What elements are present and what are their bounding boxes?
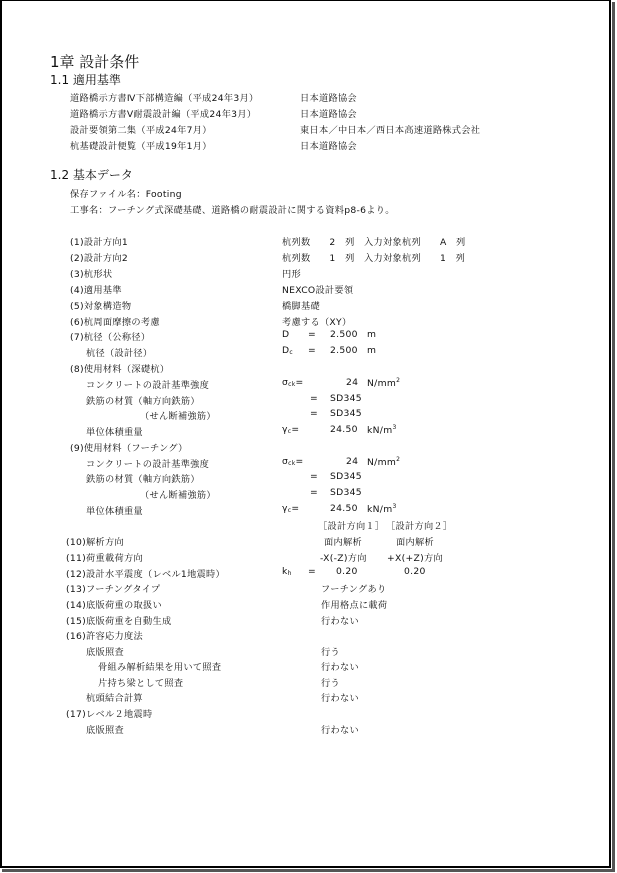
value: SD345	[330, 487, 362, 498]
value: SD345	[330, 393, 362, 404]
item-value: 杭列数 2 列 入力対象杭列 A 列	[282, 234, 466, 248]
equals: =	[310, 408, 318, 419]
value: 2.500	[330, 345, 358, 356]
item-label: 底版照査	[86, 722, 124, 736]
unit: m	[367, 345, 376, 356]
item-label: 単位体積重量	[86, 424, 143, 438]
item-label: (17)レベル２地震時	[66, 706, 152, 720]
item-label: (7)杭径（公称径）	[70, 329, 150, 343]
project-name: 工事名：フーチング式深礎基礎、道路橋の耐震設計に関する資料p8-6より。	[70, 202, 395, 216]
item-label: (3)杭形状	[70, 266, 112, 280]
item-label: 杭頭結合計算	[86, 690, 143, 704]
equals: =	[310, 471, 318, 482]
item-value: 行う	[321, 644, 340, 658]
direction-2-header: ［設計方向２］	[386, 518, 452, 532]
standard-label: 道路橋示方書Ⅴ耐震設計編（平成24年3月）	[70, 106, 256, 120]
value: 24.50	[330, 424, 358, 435]
symbol: D	[282, 329, 289, 340]
section-title-1-2: 1.2 基本データ	[50, 166, 133, 183]
symbol: kh	[282, 566, 292, 577]
equals: =	[310, 393, 318, 404]
symbol: σck=	[282, 377, 304, 388]
equals: =	[308, 345, 316, 356]
item-label: (2)設計方向2	[70, 250, 128, 264]
item-label: (10)解析方向	[66, 534, 124, 548]
item-label: (12)設計水平震度（レベル1地震時）	[66, 566, 225, 580]
item-label: (16)許容応力度法	[66, 628, 143, 642]
chapter-title: 1章 設計条件	[50, 51, 139, 72]
item-label: (5)対象構造物	[70, 298, 131, 312]
item-label: コンクリートの設計基準強度	[86, 456, 209, 470]
item-label: (15)底版荷重を自動生成	[66, 613, 171, 627]
item-value: 行わない	[321, 659, 359, 673]
equals: =	[310, 487, 318, 498]
value: SD345	[330, 471, 362, 482]
item-label: (6)杭周面摩擦の考慮	[70, 314, 160, 328]
standard-label: 道路橋示方書Ⅳ下部構造編（平成24年3月）	[70, 90, 259, 104]
item-label: 鉄筋の材質（軸方向鉄筋）	[86, 471, 200, 485]
standard-value: 東日本／中日本／西日本高速道路株式会社	[300, 122, 480, 136]
unit: N/mm2	[367, 377, 400, 389]
item-value: 杭列数 1 列 入力対象杭列 1 列	[282, 250, 465, 264]
direction-2-value: 面内解析	[396, 534, 434, 548]
direction-1-value: 0.20	[336, 566, 358, 577]
value: SD345	[330, 408, 362, 419]
item-label: 単位体積重量	[86, 503, 143, 517]
unit: kN/m3	[367, 424, 397, 436]
item-value: 考慮する（XY）	[282, 314, 351, 328]
item-label: (1)設計方向1	[70, 234, 128, 248]
item-value: 円形	[282, 266, 301, 280]
item-label: （せん断補強筋）	[140, 487, 216, 501]
item-value: 行わない	[321, 690, 359, 704]
symbol: γc=	[282, 503, 299, 514]
page-shadow-right	[612, 2, 615, 872]
direction-2-value: 0.20	[404, 566, 426, 577]
item-label: (13)フーチングタイプ	[66, 581, 160, 595]
item-label: 杭径（設計径）	[86, 345, 152, 359]
item-label: (14)底版荷重の取扱い	[66, 597, 162, 611]
item-label: 底版照査	[86, 644, 124, 658]
direction-2-value: +X(+Z)方向	[387, 550, 443, 564]
unit: kN/m3	[367, 503, 397, 515]
section-title-1-1: 1.1 適用基準	[50, 71, 121, 88]
direction-1-header: ［設計方向１］	[318, 518, 384, 532]
item-value: 行わない	[321, 722, 359, 736]
item-value: 作用格点に載荷	[321, 597, 387, 611]
value: 2.500	[330, 329, 358, 340]
equals: =	[308, 566, 316, 577]
symbol: γc=	[282, 424, 299, 435]
item-label: (11)荷重載荷方向	[66, 550, 143, 564]
value: 24.50	[330, 503, 358, 514]
standard-value: 日本道路協会	[300, 106, 357, 120]
item-value: フーチングあり	[321, 581, 387, 595]
value: 24	[346, 377, 358, 388]
item-value: 行わない	[321, 613, 359, 627]
direction-1-value: 面内解析	[324, 534, 362, 548]
item-label: (8)使用材料（深礎杭）	[70, 361, 169, 375]
standard-label: 設計要領第二集（平成24年7月）	[70, 122, 212, 136]
item-label: 骨組み解析結果を用いて照査	[98, 659, 221, 673]
direction-1-value: -X(-Z)方向	[320, 550, 367, 564]
page-shadow-bottom	[2, 869, 615, 872]
item-label: (9)使用材料（フーチング）	[70, 440, 188, 454]
save-file-name: 保存ファイル名：Footing	[70, 186, 182, 200]
equals: =	[308, 329, 316, 340]
item-label: 鉄筋の材質（軸方向鉄筋）	[86, 393, 200, 407]
item-label: コンクリートの設計基準強度	[86, 377, 209, 391]
symbol: σck=	[282, 456, 304, 467]
unit: N/mm2	[367, 456, 400, 468]
item-label: (4)適用基準	[70, 282, 122, 296]
standard-label: 杭基礎設計便覧（平成19年1月）	[70, 138, 212, 152]
item-label: （せん断補強筋）	[140, 408, 216, 422]
item-value: 行う	[321, 675, 340, 689]
standard-value: 日本道路協会	[300, 138, 357, 152]
item-value: 橋脚基礎	[282, 298, 320, 312]
value: 24	[346, 456, 358, 467]
standard-value: 日本道路協会	[300, 90, 357, 104]
symbol: Dc	[282, 345, 293, 356]
item-value: NEXCO設計要領	[282, 282, 353, 296]
item-label: 片持ち梁として照査	[98, 675, 183, 689]
unit: m	[367, 329, 376, 340]
